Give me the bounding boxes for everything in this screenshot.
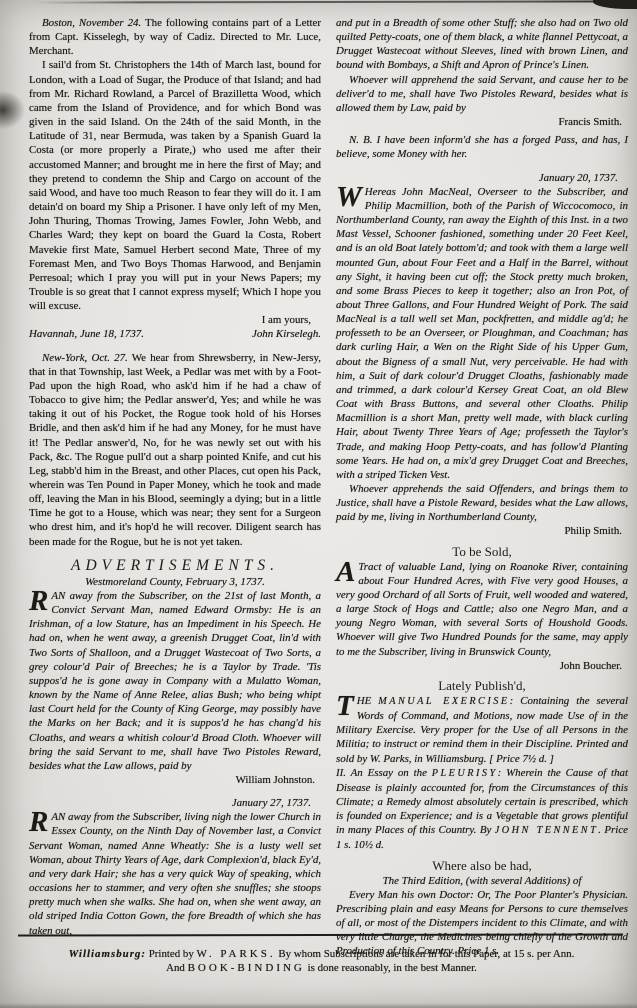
imprint-place: Williamsburg: bbox=[69, 948, 146, 960]
imprint-subscriptions: By whom Subscriptions are taken in for t… bbox=[276, 948, 575, 960]
land-ad-signature: John Boucher. bbox=[336, 659, 628, 673]
westmoreland-dateline: Westmoreland County, February 3, 1737. bbox=[29, 575, 321, 589]
scan-artifact-top-line bbox=[34, 0, 637, 3]
manual-exercise-ad: THE MANUAL EXERCISE: Containing the seve… bbox=[336, 694, 628, 766]
scan-artifact-smudge bbox=[0, 90, 26, 130]
newspaper-page: Boston, November 24. The following conta… bbox=[0, 0, 637, 1008]
newyork-dateline: New-York, Oct. 27. bbox=[42, 352, 128, 364]
wheatly-runaway-ad: RAN away from the Subscriber, living nig… bbox=[29, 810, 321, 937]
advertisements-heading: ADVERTISEMENTS. bbox=[29, 557, 321, 575]
boston-letter-closing: I am yours, bbox=[29, 313, 321, 327]
pleurisy-ad-title: PLEURISY bbox=[432, 768, 498, 779]
where-also-heading: Where also be had, bbox=[336, 858, 628, 874]
to-be-sold-heading: To be Sold, bbox=[336, 544, 628, 560]
january20-dateline: January 20, 1737. bbox=[336, 171, 628, 185]
newyork-news: New-York, Oct. 27. We hear from Shrewsbe… bbox=[29, 351, 321, 549]
boston-dateline: Boston, November 24. bbox=[42, 17, 141, 29]
wheatly-reward-paragraph: Whoever will apprehend the said Servant,… bbox=[336, 73, 628, 115]
scan-artifact-bottom-edge bbox=[0, 1003, 637, 1008]
land-sale-ad: A Tract of valuable Land, lying on Roano… bbox=[336, 560, 628, 659]
left-column: Boston, November 24. The following conta… bbox=[29, 16, 321, 959]
third-edition-line: The Third Edition, (with several Additio… bbox=[336, 874, 628, 888]
imprint-bookbinding-rest: is done reasonably, in the best Manner. bbox=[305, 962, 477, 974]
wheatly-nota-bene: N. B. I have been inform'd she has a for… bbox=[336, 133, 628, 161]
macneal-reward-paragraph: Whoever apprehends the said Offenders, a… bbox=[336, 482, 628, 524]
newyork-body: We hear from Shrewsberry, in New-Jersy, … bbox=[29, 352, 321, 548]
boston-letter-signoff: Havannah, June 18, 1737. John Kirselegh. bbox=[29, 327, 321, 341]
imprint-line-1: Williamsburg: Printed by W. PARKS. By wh… bbox=[24, 947, 619, 961]
january27-dateline: January 27, 1737. bbox=[29, 796, 321, 810]
wheatly-signature: Francis Smith. bbox=[336, 115, 628, 129]
lately-published-heading: Lately Publish'd, bbox=[336, 678, 628, 694]
manual-ad-title: MANUAL EXERCISE bbox=[378, 696, 509, 707]
imprint-line-2: And BOOK-BINDING is done reasonably, in … bbox=[24, 961, 619, 975]
page-columns: Boston, November 24. The following conta… bbox=[29, 16, 628, 959]
right-column: and put in a Breadth of some other Stuff… bbox=[336, 16, 628, 959]
boston-letter-intro: Boston, November 24. The following conta… bbox=[29, 16, 321, 58]
imprint-printed-by: Printed by bbox=[146, 948, 197, 960]
pleurisy-ad-author: JOHN TENNENT bbox=[495, 825, 598, 836]
ormsby-runaway-ad: RAN away from the Subscriber, on the 21s… bbox=[29, 589, 321, 773]
boston-signature: John Kirselegh. bbox=[252, 327, 321, 341]
boston-place-date: Havannah, June 18, 1737. bbox=[29, 327, 144, 341]
boston-letter-body: I sail'd from St. Christophers the 14th … bbox=[29, 58, 321, 313]
wheatly-ad-continuation: and put in a Breadth of some other Stuff… bbox=[336, 16, 628, 73]
macneal-runaway-ad: WHereas John MacNeal, Overseer to the Su… bbox=[336, 185, 628, 482]
printer-imprint: Williamsburg: Printed by W. PARKS. By wh… bbox=[24, 947, 619, 975]
pleurisy-essay-ad: II. An Essay on the PLEURISY: Wherein th… bbox=[336, 766, 628, 853]
ormsby-ad-signature: William Johnston. bbox=[29, 773, 321, 787]
pleurisy-ad-lead: II. An Essay on the bbox=[336, 767, 432, 779]
macneal-signature: Philip Smith. bbox=[336, 524, 628, 538]
imprint-and: And bbox=[166, 962, 187, 974]
manual-ad-lead: THE bbox=[357, 695, 379, 707]
imprint-printer-name: W. PARKS. bbox=[197, 948, 276, 960]
imprint-bookbinding: BOOK-BINDING bbox=[188, 962, 305, 974]
scan-artifact-corner bbox=[593, 0, 637, 9]
